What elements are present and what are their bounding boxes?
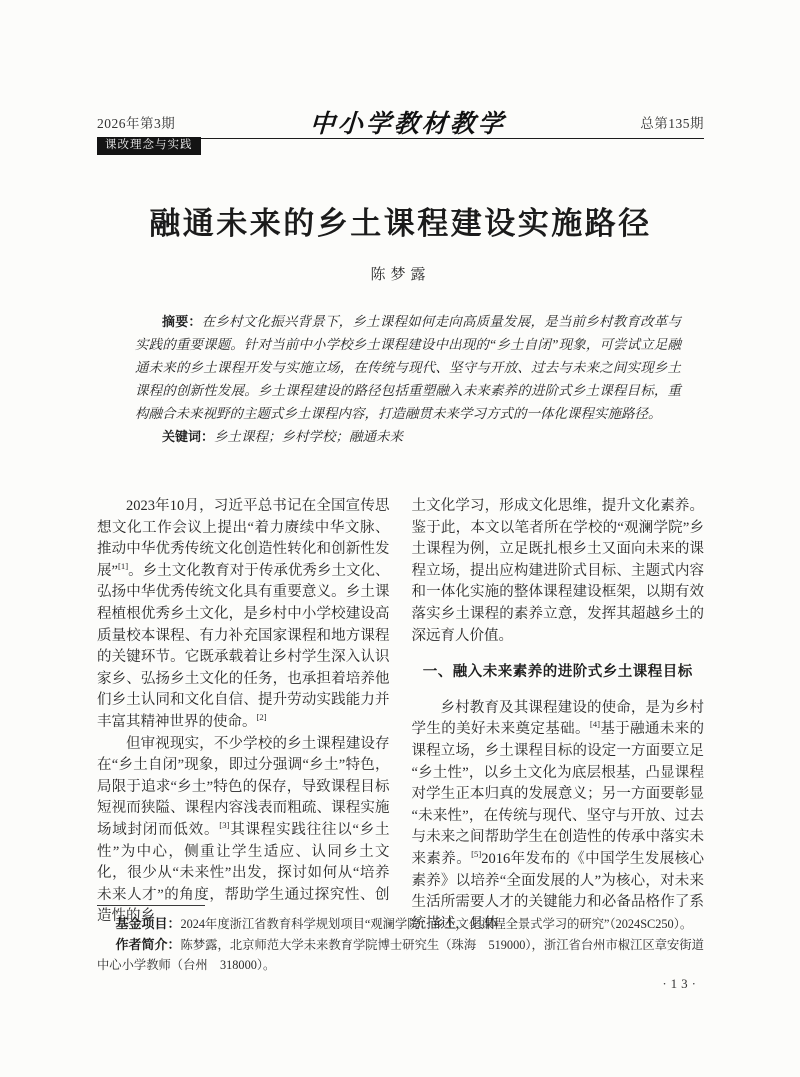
body-paragraph: 但审视现实，不少学校的乡土课程建设存在“乡土自闭”现象，即过分强调“乡土”特色，… xyxy=(97,734,390,928)
issue-number-right: 总第135期 xyxy=(640,112,704,132)
author-text: 陈梦露，北京师范大学未来教育学院博士研究生（珠海 519000），浙江省台州市椒… xyxy=(97,938,704,973)
author-label: 作者简介： xyxy=(115,937,180,952)
page-number: ·13· xyxy=(662,976,700,992)
page-content: 2026年第3期 中小学教材教学 总第135期 课改理念与实践 融通未来的乡土课… xyxy=(97,0,704,1077)
fund-text: 2024年度浙江省教育科学规划项目“观澜学院：乡土文化课程全景式学习的研究”（2… xyxy=(180,917,692,931)
author-note: 作者简介：陈梦露，北京师范大学未来教育学院博士研究生（珠海 519000），浙江… xyxy=(97,935,704,976)
abstract-label: 摘要： xyxy=(162,314,202,329)
abstract-block: 摘要：在乡村文化振兴背景下，乡土课程如何走向高质量发展，是当前乡村教育改革与实践… xyxy=(135,310,681,448)
journal-page: 2026年第3期 中小学教材教学 总第135期 课改理念与实践 融通未来的乡土课… xyxy=(0,0,800,1077)
left-column: 2023年10月，习近平总书记在全国宣传思想文化工作会议上提出“着力赓续中华文脉… xyxy=(97,496,390,935)
journal-title: 中小学教材教学 xyxy=(309,104,507,140)
article-author: 陈梦露 xyxy=(97,263,704,284)
keywords-label: 关键词： xyxy=(162,429,214,444)
article-title: 融通未来的乡土课程建设实施路径 xyxy=(97,198,704,243)
fund-label: 基金项目： xyxy=(115,916,180,931)
body-paragraph: 土文化学习，形成文化思维，提升文化素养。鉴于此，本文以笔者所在学校的“观澜学院”… xyxy=(412,496,705,647)
keywords-paragraph: 关键词：乡土课程；乡村学校；融通未来 xyxy=(135,425,681,448)
header-rule: 课改理念与实践 xyxy=(97,138,704,139)
footnotes: 基金项目：2024年度浙江省教育科学规划项目“观澜学院：乡土文化课程全景式学习的… xyxy=(97,914,704,976)
right-column: 土文化学习，形成文化思维，提升文化素养。鉴于此，本文以笔者所在学校的“观澜学院”… xyxy=(412,496,705,935)
keywords-text: 乡土课程；乡村学校；融通未来 xyxy=(214,429,403,444)
abstract-paragraph: 摘要：在乡村文化振兴背景下，乡土课程如何走向高质量发展，是当前乡村教育改革与实践… xyxy=(135,310,681,425)
fund-note: 基金项目：2024年度浙江省教育科学规划项目“观澜学院：乡土文化课程全景式学习的… xyxy=(97,914,704,935)
body-columns: 2023年10月，习近平总书记在全国宣传思想文化工作会议上提出“着力赓续中华文脉… xyxy=(97,496,704,935)
section-heading: 一、融入未来素养的进阶式乡土课程目标 xyxy=(412,662,705,684)
abstract-text: 在乡村文化振兴背景下，乡土课程如何走向高质量发展，是当前乡村教育改革与实践的重要… xyxy=(135,314,681,421)
body-paragraph: 乡村教育及其课程建设的使命，是为乡村学生的美好未来奠定基础。[4]基于融通未来的… xyxy=(412,698,705,936)
column-badge: 课改理念与实践 xyxy=(97,137,201,155)
journal-header: 2026年第3期 中小学教材教学 总第135期 xyxy=(97,104,704,140)
issue-number-left: 2026年第3期 xyxy=(97,112,175,132)
body-paragraph: 2023年10月，习近平总书记在全国宣传思想文化工作会议上提出“着力赓续中华文脉… xyxy=(97,496,390,734)
footnote-rule xyxy=(97,905,205,906)
